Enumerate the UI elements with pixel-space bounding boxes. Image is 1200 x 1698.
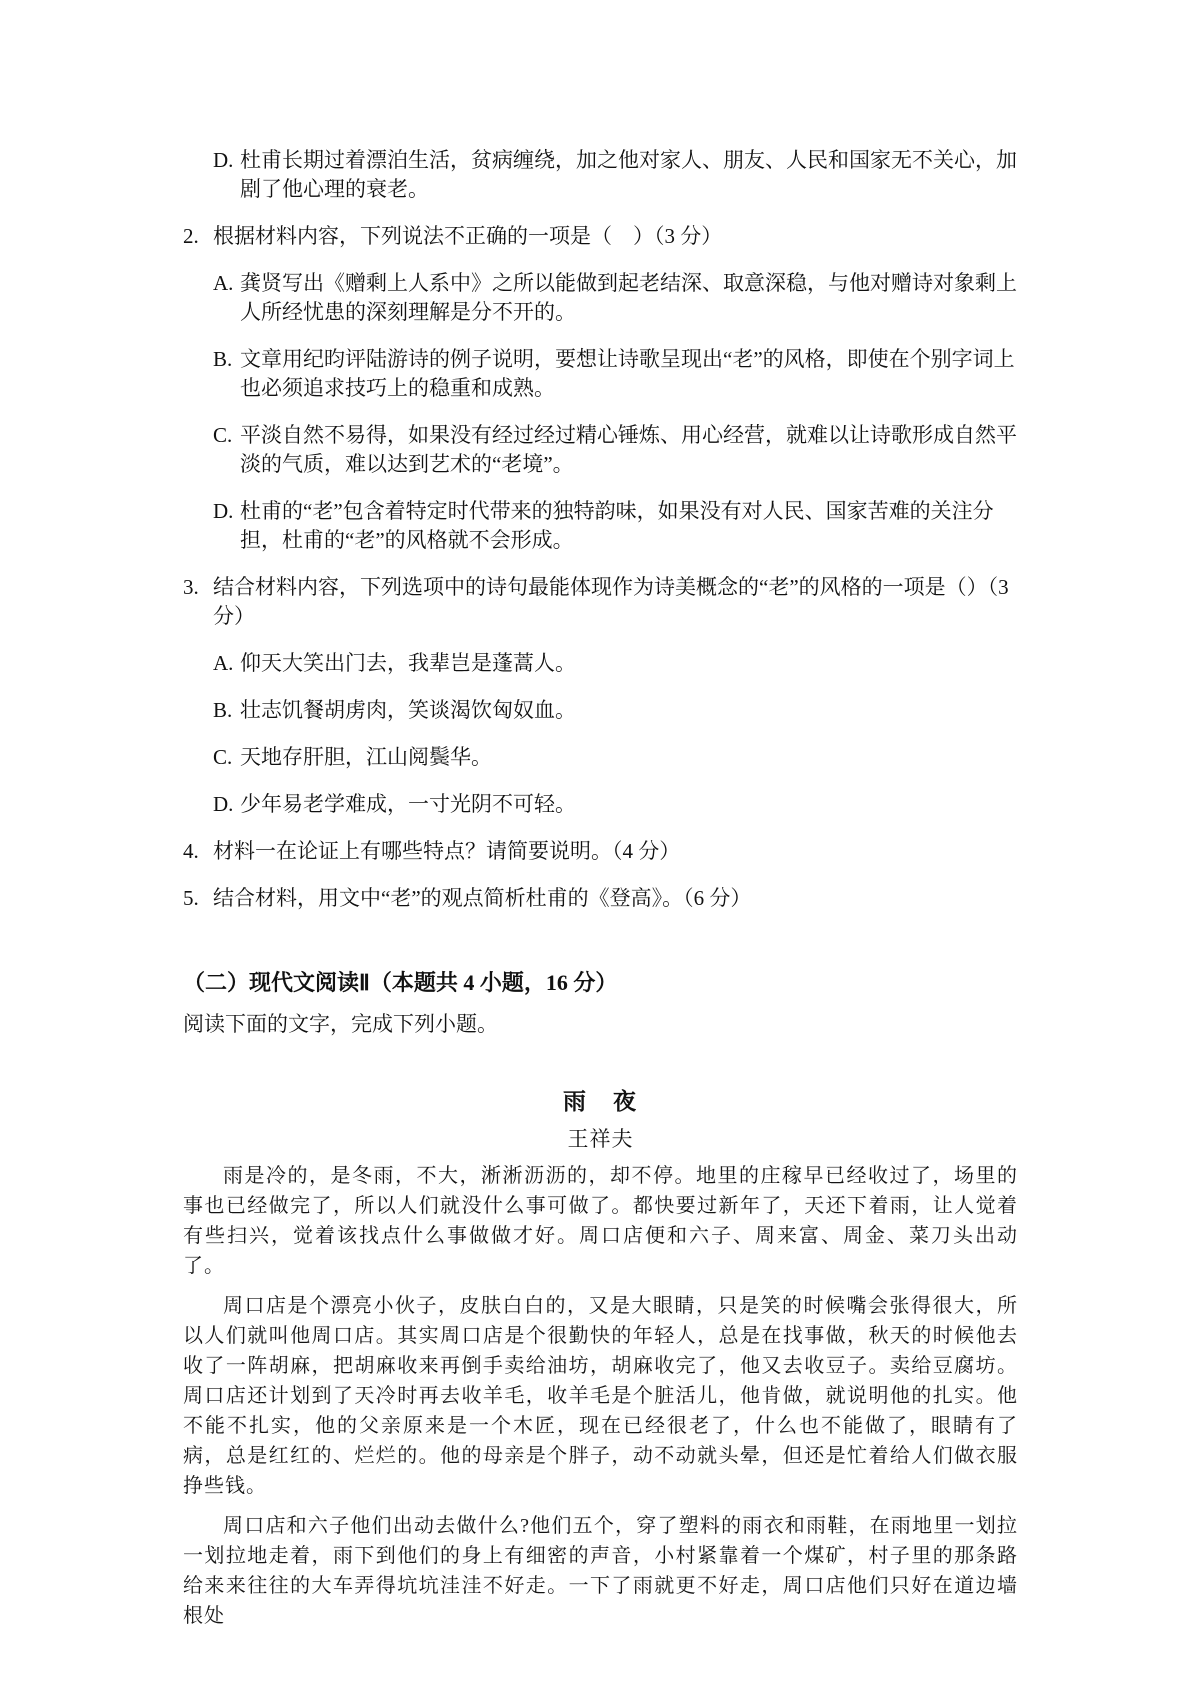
question-2-stem: 根据材料内容，下列说法不正确的一项是（ ）（3 分） (213, 222, 1018, 251)
section-2-header: （二）现代文阅读Ⅱ（本题共 4 小题，16 分） (183, 968, 1018, 998)
question-3-number: 3. (183, 573, 213, 631)
story-paragraph-1: 雨是冷的，是冬雨，不大，淅淅沥沥的，却不停。地里的庄稼早已经收过了，场里的事也已… (183, 1161, 1018, 1281)
question-2-option-a: A. 龚贤写出《赠剩上人系中》之所以能做到起老结深、取意深稳，与他对赠诗对象剩上… (213, 269, 1018, 327)
question-3-option-d-text: 少年易老学难成，一寸光阴不可轻。 (240, 790, 1018, 819)
question-3-option-c-letter: C. (213, 743, 240, 772)
question-3-option-b-text: 壮志饥餐胡虏肉，笑谈渴饮匈奴血。 (240, 696, 1018, 725)
question-2-number: 2. (183, 222, 213, 251)
question-2-option-a-letter: A. (213, 269, 240, 327)
question-2-option-a-text: 龚贤写出《赠剩上人系中》之所以能做到起老结深、取意深稳，与他对赠诗对象剩上人所经… (240, 269, 1018, 327)
question-2-option-c: C. 平淡自然不易得，如果没有经过经过精心锤炼、用心经营，就难以让诗歌形成自然平… (213, 421, 1018, 479)
story-paragraph-2: 周口店是个漂亮小伙子，皮肤白白的，又是大眼睛，只是笑的时候嘴会张得很大，所以人们… (183, 1291, 1018, 1501)
question-1-option-d-letter: D. (213, 146, 240, 204)
story-paragraph-3: 周口店和六子他们出动去做什么?他们五个，穿了塑料的雨衣和雨鞋，在雨地里一划拉一划… (183, 1511, 1018, 1631)
question-3-option-c: C. 天地存肝胆，江山阅鬓华。 (213, 743, 1018, 772)
question-5-number: 5. (183, 884, 213, 913)
question-3-option-d-letter: D. (213, 790, 240, 819)
question-3-option-a: A. 仰天大笑出门去，我辈岂是蓬蒿人。 (213, 649, 1018, 678)
question-4-stem: 材料一在论证上有哪些特点？请简要说明。（4 分） (213, 837, 1018, 866)
question-5-stem: 结合材料，用文中“老”的观点简析杜甫的《登高》。（6 分） (213, 884, 1018, 913)
question-2-option-c-letter: C. (213, 421, 240, 479)
question-2-option-b-text: 文章用纪昀评陆游诗的例子说明，要想让诗歌呈现出“老”的风格，即使在个别字词上也必… (240, 345, 1018, 403)
question-4: 4. 材料一在论证上有哪些特点？请简要说明。（4 分） (183, 837, 1018, 866)
question-3-option-a-text: 仰天大笑出门去，我辈岂是蓬蒿人。 (240, 649, 1018, 678)
question-2-option-c-text: 平淡自然不易得，如果没有经过经过精心锤炼、用心经营，就难以让诗歌形成自然平淡的气… (240, 421, 1018, 479)
question-1-option-d-text: 杜甫长期过着漂泊生活，贫病缠绕，加之他对家人、朋友、人民和国家无不关心，加剧了他… (240, 146, 1018, 204)
question-2-option-b: B. 文章用纪昀评陆游诗的例子说明，要想让诗歌呈现出“老”的风格，即使在个别字词… (213, 345, 1018, 403)
question-4-number: 4. (183, 837, 213, 866)
exam-page: D. 杜甫长期过着漂泊生活，贫病缠绕，加之他对家人、朋友、人民和国家无不关心，加… (0, 0, 1200, 1698)
story-title: 雨 夜 (183, 1087, 1018, 1117)
question-1-option-d: D. 杜甫长期过着漂泊生活，贫病缠绕，加之他对家人、朋友、人民和国家无不关心，加… (213, 146, 1018, 204)
question-2-option-b-letter: B. (213, 345, 240, 403)
question-2-option-d-text: 杜甫的“老”包含着特定时代带来的独特韵味，如果没有对人民、国家苦难的关注分担，杜… (240, 497, 1018, 555)
question-3-option-d: D. 少年易老学难成，一寸光阴不可轻。 (213, 790, 1018, 819)
question-3: 3. 结合材料内容，下列选项中的诗句最能体现作为诗美概念的“老”的风格的一项是（… (183, 573, 1018, 631)
question-3-stem: 结合材料内容，下列选项中的诗句最能体现作为诗美概念的“老”的风格的一项是（）（3… (213, 573, 1018, 631)
question-2-option-d-letter: D. (213, 497, 240, 555)
question-2: 2. 根据材料内容，下列说法不正确的一项是（ ）（3 分） (183, 222, 1018, 251)
question-5: 5. 结合材料，用文中“老”的观点简析杜甫的《登高》。（6 分） (183, 884, 1018, 913)
question-3-option-b-letter: B. (213, 696, 240, 725)
story-author: 王祥夫 (183, 1124, 1018, 1154)
question-3-option-b: B. 壮志饥餐胡虏肉，笑谈渴饮匈奴血。 (213, 696, 1018, 725)
reading-instruction: 阅读下面的文字，完成下列小题。 (183, 1010, 1018, 1039)
question-3-option-a-letter: A. (213, 649, 240, 678)
question-3-option-c-text: 天地存肝胆，江山阅鬓华。 (240, 743, 1018, 772)
question-2-option-d: D. 杜甫的“老”包含着特定时代带来的独特韵味，如果没有对人民、国家苦难的关注分… (213, 497, 1018, 555)
